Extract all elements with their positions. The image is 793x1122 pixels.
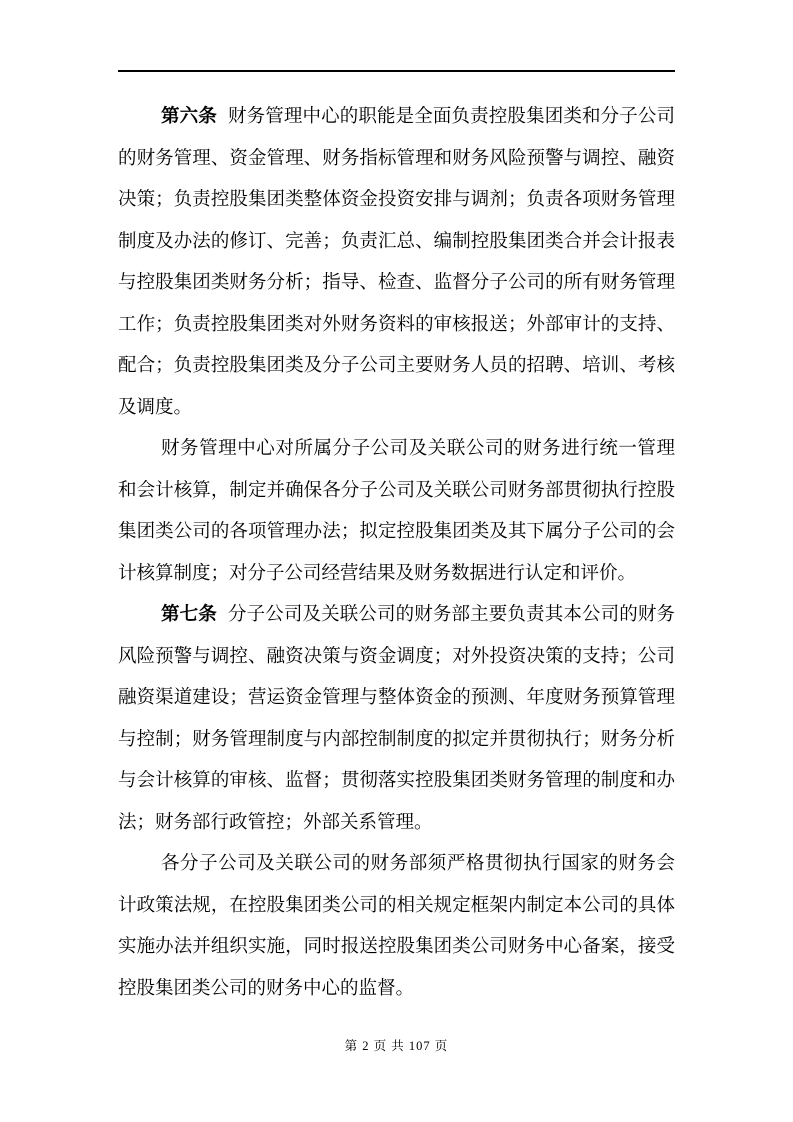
paragraph-finance-center-duties: 财务管理中心对所属分子公司及关联公司的财务进行统一管理和会计核算，制定并确保各分… bbox=[118, 429, 675, 595]
subsidiary-compliance-text: 各分子公司及关联公司的财务部须严格贯彻执行国家的财务会计政策法规，在控股集团类公… bbox=[118, 854, 675, 999]
header-rule bbox=[118, 70, 675, 72]
page-number-indicator: 第 2 页 共 107 页 bbox=[345, 1039, 449, 1053]
document-page: 第六条财务管理中心的职能是全面负责控股集团类和分子公司的财务管理、资金管理、财务… bbox=[0, 0, 793, 1122]
finance-center-duties-text: 财务管理中心对所属分子公司及关联公司的财务进行统一管理和会计核算，制定并确保各分… bbox=[118, 439, 675, 584]
clause-7-text: 分子公司及关联公司的财务部主要负责其本公司的财务风险预警与调控、融资决策与资金调… bbox=[118, 605, 675, 833]
paragraph-subsidiary-compliance: 各分子公司及关联公司的财务部须严格贯彻执行国家的财务会计政策法规，在控股集团类公… bbox=[118, 844, 675, 1010]
clause-7-number: 第七条 bbox=[161, 605, 217, 625]
clause-6-number: 第六条 bbox=[161, 107, 217, 127]
paragraph-clause-6: 第六条财务管理中心的职能是全面负责控股集团类和分子公司的财务管理、资金管理、财务… bbox=[118, 97, 675, 429]
paragraph-clause-7: 第七条分子公司及关联公司的财务部主要负责其本公司的财务风险预警与调控、融资决策与… bbox=[118, 595, 675, 844]
document-body: 第六条财务管理中心的职能是全面负责控股集团类和分子公司的财务管理、资金管理、财务… bbox=[118, 97, 675, 1010]
clause-6-text: 财务管理中心的职能是全面负责控股集团类和分子公司的财务管理、资金管理、财务指标管… bbox=[118, 107, 675, 418]
page-footer: 第 2 页 共 107 页 bbox=[118, 1036, 675, 1054]
